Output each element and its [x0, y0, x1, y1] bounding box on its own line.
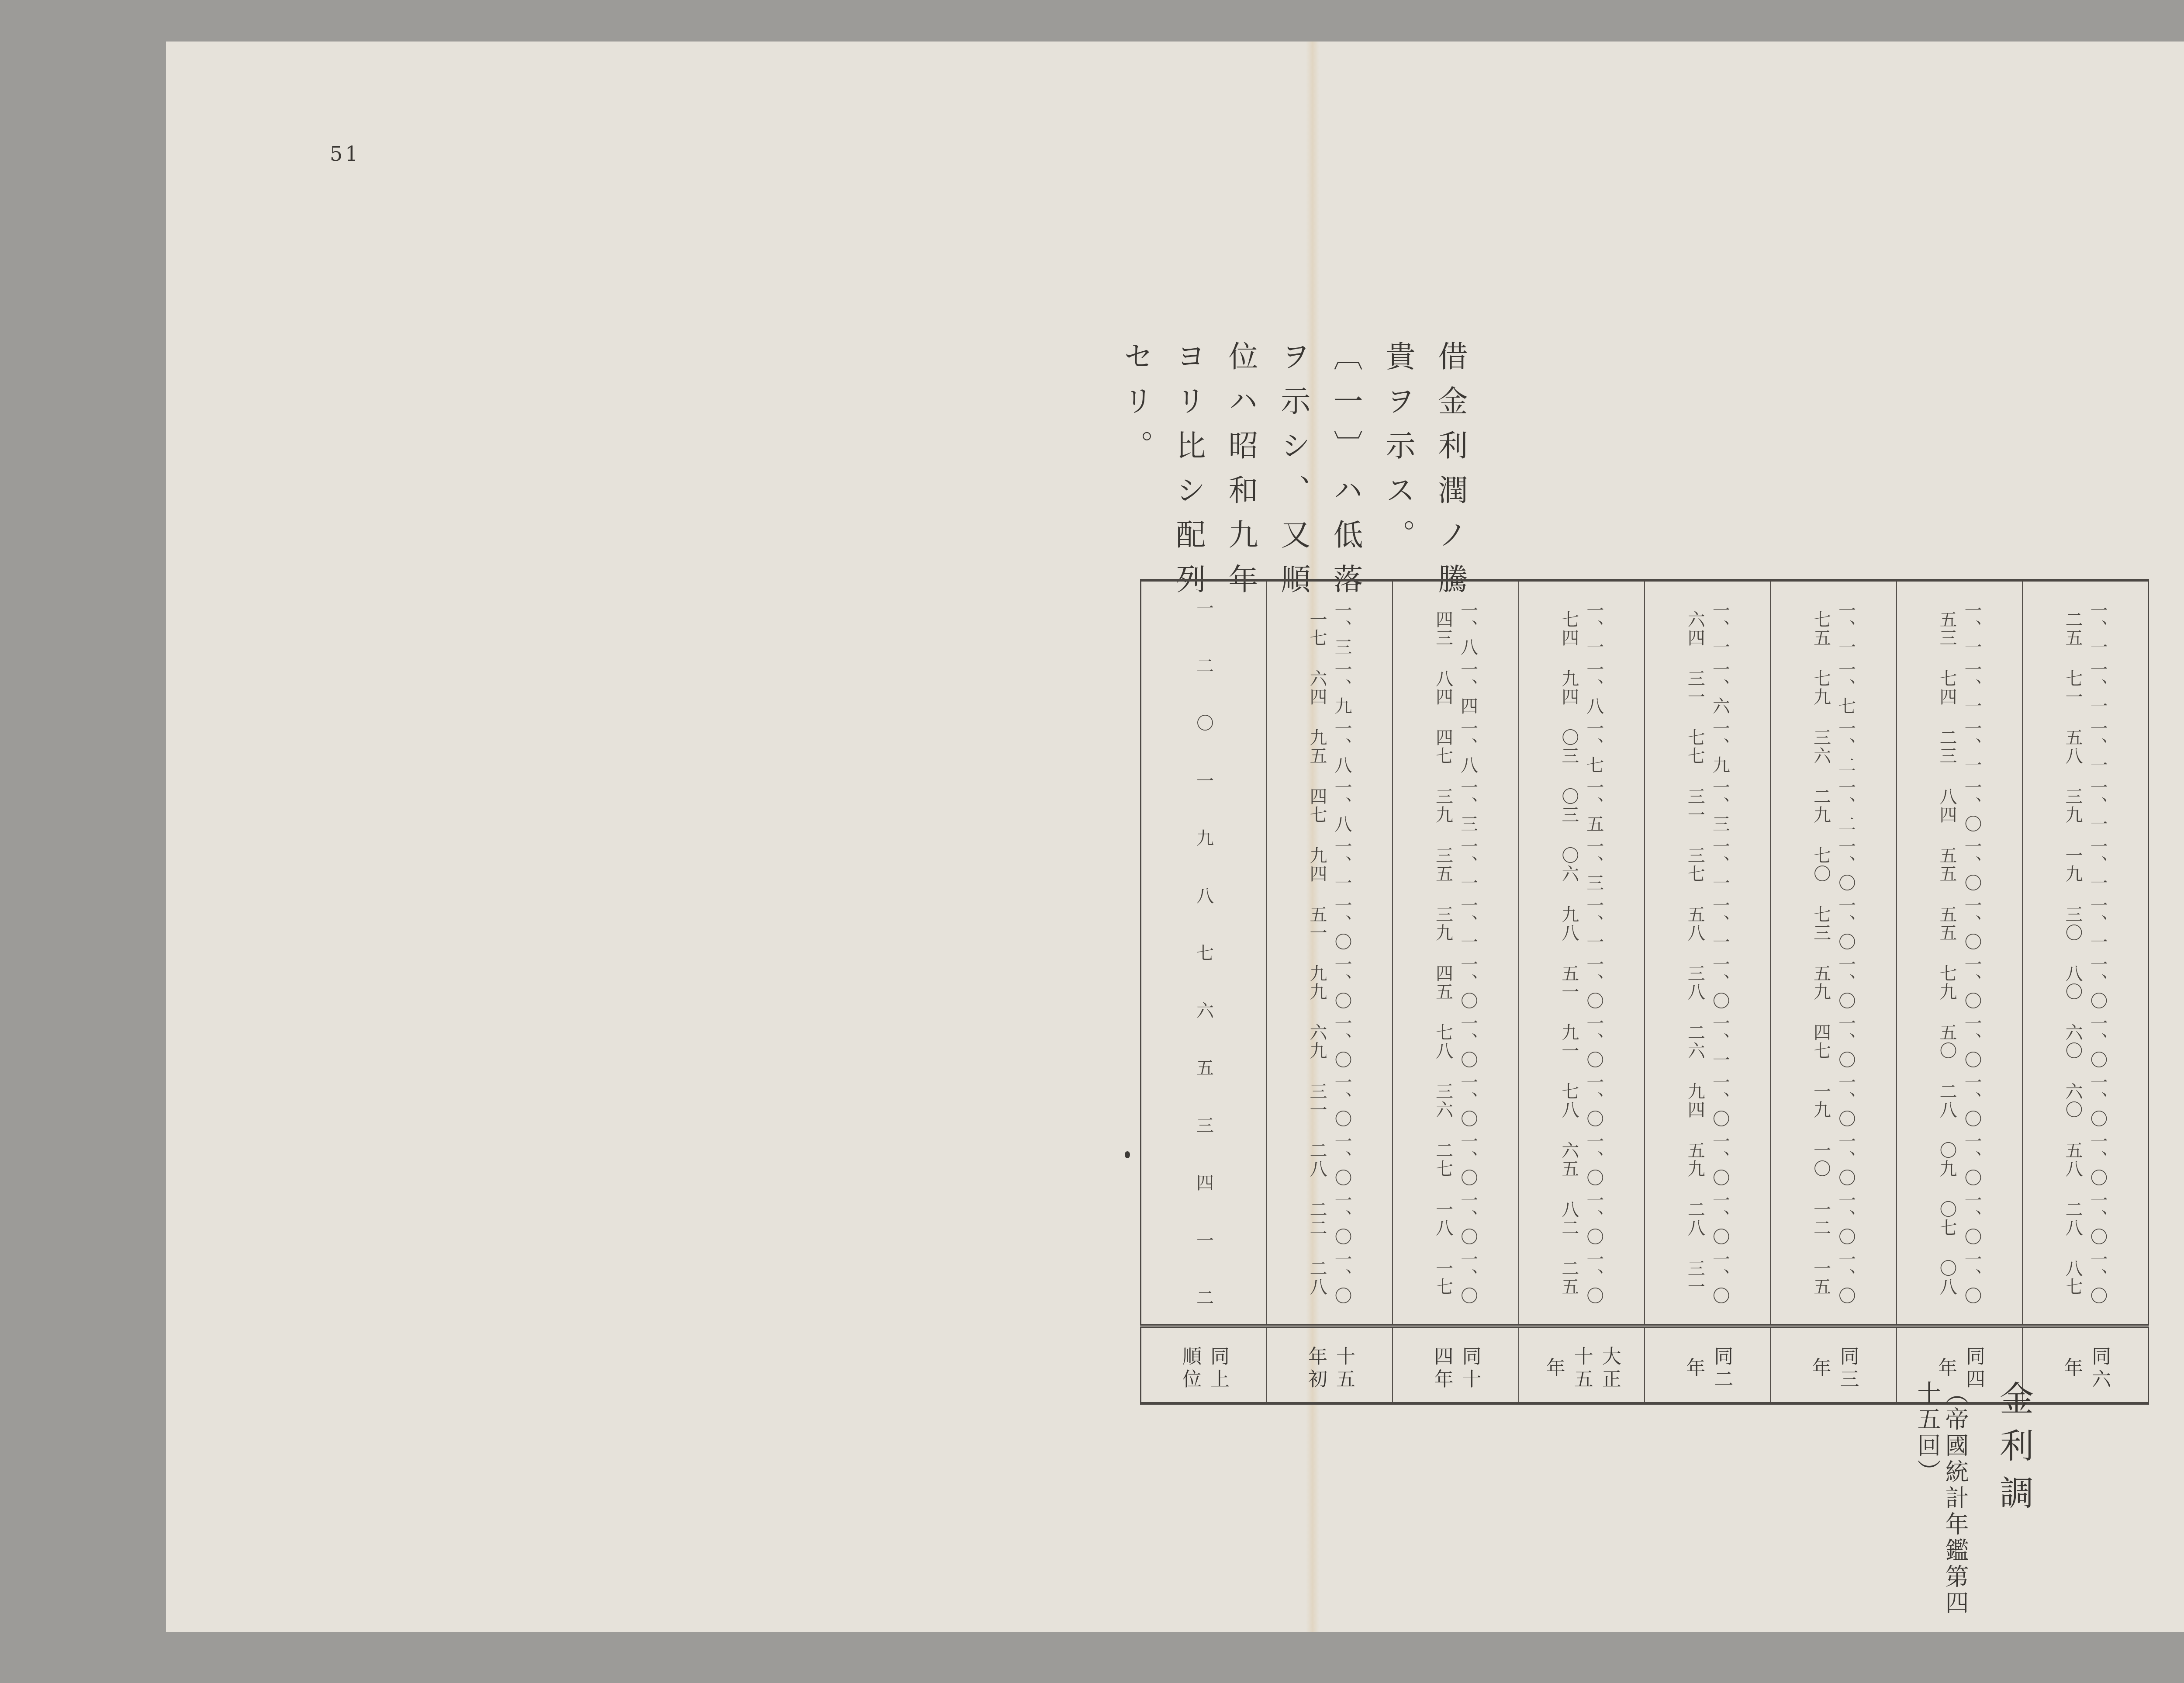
table-cell: 一 [1191, 772, 1216, 790]
table-cell: 一、〇六〇 [2060, 1071, 2110, 1130]
table-cell: 一、一五八 [2060, 717, 2110, 776]
table-cell: 一、一三九 [1431, 894, 1480, 953]
table-cell: 一、〇五九 [1683, 1130, 1732, 1189]
table-cell: 九 [1191, 829, 1216, 847]
table-cell: 一、八四三 [1431, 599, 1480, 658]
table-cell: 一、〇九九 [1305, 953, 1355, 1012]
table-cell: 一、〇一二 [1809, 1189, 1859, 1248]
table-cell: 一、〇八二 [1557, 1189, 1607, 1248]
table-cell: 一、二三六 [1809, 717, 1859, 776]
table-cell: 一、一五八 [1683, 894, 1732, 953]
table-cell: 一、〇二八 [1935, 1071, 1984, 1130]
table-column: 一、一二五一、一七一一、一五八一、一三九一、一一九一、一三〇一、〇八〇一、〇六〇… [2022, 580, 2148, 1326]
table-cell: 一、一七一 [2060, 658, 2110, 717]
table-cell: 一、三三九 [1431, 776, 1480, 835]
table-cell: 二 [1191, 657, 1216, 675]
table-cell: 一、〇六〇 [2060, 1012, 2110, 1071]
table-cell: 一、〇〇九 [1935, 1130, 1984, 1189]
table-cell: 一 [1191, 599, 1216, 617]
table-cell: 一、〇一五 [1809, 1248, 1859, 1307]
table-cell: 一、〇二八 [1683, 1189, 1732, 1248]
table-cell: 一、〇七九 [1935, 953, 1984, 1012]
table-cell: 一、七七九 [1809, 658, 1859, 717]
table-cell: 一、一六四 [1683, 599, 1732, 658]
table-cell: 一、一三九 [2060, 776, 2110, 835]
table-cell: 一、一九八 [1557, 894, 1607, 953]
table-cell: 一、二二九 [1809, 776, 1859, 835]
table-column: 一、三一七一、九六四一、八九五一、八四七一、一九四一、〇五一一、〇九九一、〇六九… [1267, 580, 1393, 1326]
table-cell: 一、〇二八 [2060, 1189, 2110, 1248]
table-cell: 一、〇七三 [1809, 894, 1859, 953]
table-cell: 一、一七五 [1809, 599, 1859, 658]
table-caption-title: 金利調 [1987, 1381, 2040, 1555]
table-cell: 一、〇五九 [1809, 953, 1859, 1012]
table-cell: 一、〇五一 [1305, 894, 1355, 953]
header-cell: 同十四年 [1393, 1326, 1518, 1403]
table-cell: 一、八四七 [1305, 776, 1355, 835]
table-cell: 三 [1191, 1116, 1216, 1135]
table-cell: 一、一三〇 [2060, 894, 2110, 953]
table-cell: 一、一七四 [1935, 658, 1984, 717]
table-cell: 一、〇二五 [1557, 1248, 1607, 1307]
header-cell: 同上順位 [1141, 1326, 1267, 1403]
table-cell: 六 [1191, 1001, 1216, 1020]
table-cell: 五 [1191, 1059, 1216, 1077]
table-cell: 一、三〇六 [1557, 835, 1607, 894]
table-cell: 一、八九五 [1305, 717, 1355, 776]
header-cell: 同二年 [1645, 1326, 1770, 1403]
table-cell: 一、〇七八 [1557, 1071, 1607, 1130]
table-cell: 二 [1191, 1288, 1216, 1307]
table-cell: 一、一三五 [1431, 835, 1480, 894]
header-cell: 大正十五年 [1519, 1326, 1645, 1403]
table-column: 一、一七五一、七七九一、二三六一、二二九一、〇七〇一、〇七三一、〇五九一、〇四七… [1770, 580, 1896, 1326]
table-cell: 一、一五三 [1935, 599, 1984, 658]
table-cell: 一、〇二二 [1305, 1189, 1355, 1248]
table-cell: 一、七〇三 [1557, 717, 1607, 776]
table-cell: 一、〇五五 [1935, 894, 1984, 953]
table-cell: 一、五〇三 [1557, 776, 1607, 835]
table-cell: 一、〇五五 [1935, 835, 1984, 894]
table-cell: 一、〇七〇 [1809, 835, 1859, 894]
table-cell: 一、一二五 [2060, 599, 2110, 658]
table-cell: 一、〇二八 [1305, 1130, 1355, 1189]
table-cell: 一、〇一九 [1809, 1071, 1859, 1130]
interest-rate-table: 一二〇一九八七六五三四一二 一、三一七一、九六四一、八九五一、八四七一、一九四一… [1140, 579, 2149, 1405]
table-cell: 一、〇〇八 [1935, 1248, 1984, 1307]
table-cell: 一、〇〇七 [1935, 1189, 1984, 1248]
table-cell: 八 [1191, 887, 1216, 905]
table-cell: 一、〇八〇 [2060, 953, 2110, 1012]
table-cell: 一、一二三 [1935, 717, 1984, 776]
table-cell: 一、〇六五 [1557, 1130, 1607, 1189]
table-cell: 一 [1191, 1231, 1216, 1250]
page-number: 51 [330, 142, 361, 166]
table-column: 一、一七四一、八九四一、七〇三一、五〇三一、三〇六一、一九八一、〇五一一、〇九一… [1519, 580, 1645, 1326]
header-cell: 同三年 [1770, 1326, 1896, 1403]
table-column: 一、一六四一、六三一一、九七七一、三三一一、一三七一、一五八一、〇三八一、一二六… [1645, 580, 1770, 1326]
table-cell: 一、〇三一 [1683, 1248, 1732, 1307]
table-cell: 一、九六四 [1305, 658, 1355, 717]
table-cell: 一、〇三八 [1683, 953, 1732, 1012]
table-cell: 一、〇二八 [1305, 1248, 1355, 1307]
table-cell: 一、八九四 [1557, 658, 1607, 717]
table-column: 一、八四三一、四八四一、八四七一、三三九一、一三五一、一三九一、〇四五一、〇七八… [1393, 580, 1518, 1326]
table-cell: 一、〇九一 [1557, 1012, 1607, 1071]
table-column: 一二〇一九八七六五三四一二 [1141, 580, 1267, 1326]
table-cell: 一、〇二七 [1431, 1130, 1480, 1189]
table-cell: 一、一九四 [1305, 835, 1355, 894]
table-cell: 一、〇五八 [2060, 1130, 2110, 1189]
table-cell: 一、八四七 [1431, 717, 1480, 776]
table-cell: 一、〇一七 [1431, 1248, 1480, 1307]
table-cell: 一、〇三一 [1305, 1071, 1355, 1130]
table-cell: 一、〇五〇 [1935, 1012, 1984, 1071]
table-cell: 一、三一七 [1305, 599, 1355, 658]
table-cell: 一、〇五一 [1557, 953, 1607, 1012]
table-cell: 一、〇一八 [1431, 1189, 1480, 1248]
table-cell: 一、〇一〇 [1809, 1130, 1859, 1189]
table-cell: 一、四八四 [1431, 658, 1480, 717]
table-cell: 七 [1191, 944, 1216, 962]
table-cell: 四 [1191, 1174, 1216, 1192]
table-cell: 一、九七七 [1683, 717, 1732, 776]
table-body-row: 一二〇一九八七六五三四一二 一、三一七一、九六四一、八九五一、八四七一、一九四一… [1141, 580, 2149, 1326]
table-cell: 一、〇四七 [1809, 1012, 1859, 1071]
table-cell: 一、〇七八 [1431, 1012, 1480, 1071]
table-cell: 一、三三一 [1683, 776, 1732, 835]
table-cell: 一、一三七 [1683, 835, 1732, 894]
table-cell: 一、〇九四 [1683, 1071, 1732, 1130]
table-cell: 一、〇三六 [1431, 1071, 1480, 1130]
table-cell: 一、六三一 [1683, 658, 1732, 717]
table-cell: 一、〇八四 [1935, 776, 1984, 835]
table-cell: 一、一一九 [2060, 835, 2110, 894]
header-cell: 十五年初 [1267, 1326, 1393, 1403]
table-column: 一、一五三一、一七四一、一二三一、〇八四一、〇五五一、〇五五一、〇七九一、〇五〇… [1897, 580, 2022, 1326]
table-cell: 一、〇四五 [1431, 953, 1480, 1012]
header-cell: 同六年 [2022, 1326, 2148, 1403]
table-caption-source: （帝國統計年鑑第四十五回） [1913, 1381, 1969, 1625]
table-cell: 一、〇八七 [2060, 1248, 2110, 1307]
table-cell: 一、一二六 [1683, 1012, 1732, 1071]
table-cell: 〇 [1191, 714, 1216, 732]
table-cell: 一、〇六九 [1305, 1012, 1355, 1071]
ink-speck [1125, 1151, 1130, 1158]
table-cell: 一、一七四 [1557, 599, 1607, 658]
